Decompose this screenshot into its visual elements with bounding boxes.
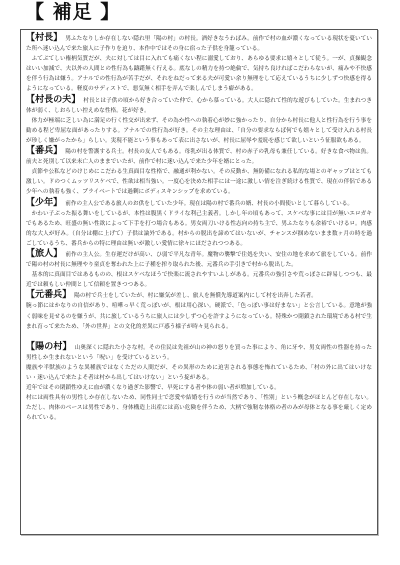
entry-village-chief-husband: 【村長の夫】村長とは子供の頃から好き合っていた仲で、心から慕っている。大人に隠れ… xyxy=(26,95,372,146)
entry-paragraph: 村には両性具有の男性しか存在しないため、同性同士で恋愛や結婚を行うのが当然であり… xyxy=(26,393,372,423)
entry-term: 【少年】 xyxy=(26,198,62,208)
entry-paragraph: かわい子ぶった振る舞いをしているが、本性は腹黒くドライな利己主義者。しかし年の頃… xyxy=(26,209,372,249)
entry-text: 男ふたなりしか存在しない隠れ里「陽の村」の村長。酒好きなうわばみ。前作で村の血が… xyxy=(26,36,372,52)
entry-paragraph: 【村長】男ふたなりしか存在しない隠れ里「陽の村」の村長。酒好きなうわばみ。前作で… xyxy=(26,33,372,54)
entry-term: 【番兵】 xyxy=(26,146,62,156)
supplement-box: 【村長】男ふたなりしか存在しない隠れ里「陽の村」の村長。酒好きなうわばみ。前作で… xyxy=(20,29,378,535)
entry-paragraph: ふてぶてしい権柄気質だが、夫に対しては目に入れても痛くない程に溺愛しており、あら… xyxy=(26,54,372,94)
entry-paragraph: 【元番兵】陽の村で兵士をしていたが、村に嫌気が差し、旅人を無償先導道案内にして村… xyxy=(26,290,372,301)
entry-term: 【村長の夫】 xyxy=(26,95,80,105)
entry-paragraph: 基本的に真面目ではあるものの、根はスケベなほうで快楽に流されやすいふしがある。元… xyxy=(26,270,372,290)
entry-term: 【陽の村】 xyxy=(26,342,72,352)
entry-term: 【元番兵】 xyxy=(26,290,71,300)
entry-text: 山奥深くに隠れた小さな村。その住民は先祖が山の神の怒りを買った事により、角に牙や… xyxy=(26,345,372,361)
entry-paragraph: 近年ではその閉鎖性ゆえに血が濃くなり過ぎた影響で、早死にする者や体の弱い者が増加… xyxy=(26,383,372,393)
entry-text: 陽の村で兵士をしていたが、村に嫌気が差し、旅人を無償先導道案内にして村を出奔した… xyxy=(74,293,317,299)
entry-boy: 【少年】前作の主人公である旅人のお供をしていた少年。現在は陽の村で番兵の婿、村長… xyxy=(26,198,372,249)
entry-paragraph: 魔族や半獣族のような異種族ではなくただの人間だが、その異形のために迫害される事態… xyxy=(26,363,372,383)
entry-text: 陽の村を警護する兵士。村長の友人でもある。母乳が出る体質で、村の赤子の乳母も兼任… xyxy=(26,149,372,165)
entry-hidden-village: 【陽の村】山奥深くに隠れた小さな村。その住民は先祖が山の神の怒りを買った事により… xyxy=(26,342,372,424)
entry-paragraph: 腕っ節にはかなりの自信があり、喧嘩っ早く荒っぽいが、根は用心深い。硬派で、「色っ… xyxy=(26,301,372,331)
section-spacer xyxy=(26,332,372,342)
entry-paragraph: 【番兵】陽の村を警護する兵士。村長の友人でもある。母乳が出る体質で、村の赤子の乳… xyxy=(26,146,372,167)
entry-paragraph: 体力が極端に乏しい為に満足の行く性交が出来ず、その為か性への執着心が妙に強かった… xyxy=(26,116,372,146)
entry-term: 【旅人】 xyxy=(26,249,62,259)
entry-traveler: 【旅人】前作の主人公。生存運だけが高い、ひ弱で平凡な青年。魔物の襲撃で住処を失い… xyxy=(26,249,372,290)
entry-guard: 【番兵】陽の村を警護する兵士。村長の友人でもある。母乳が出る体質で、村の赤子の乳… xyxy=(26,146,372,197)
entry-paragraph: 貞節や公私などのけじめにこだわる生真面目な性格で、融通が利かない。その反動か、無… xyxy=(26,167,372,197)
entry-village-chief: 【村長】男ふたなりしか存在しない隠れ里「陽の村」の村長。酒好きなうわばみ。前作で… xyxy=(26,33,372,95)
entry-paragraph: 【旅人】前作の主人公。生存運だけが高い、ひ弱で平凡な青年。魔物の襲撃で住処を失い… xyxy=(26,249,372,270)
entry-text: 前作の主人公。生存運だけが高い、ひ弱で平凡な青年。魔物の襲撃で住処を失い、安住の… xyxy=(26,252,372,268)
entry-former-guard: 【元番兵】陽の村で兵士をしていたが、村に嫌気が差し、旅人を無償先導道案内にして村… xyxy=(26,290,372,331)
entry-text: 前作の主人公である旅人のお供をしていた少年。現在は陽の村で番兵の婿、村長の小間使… xyxy=(65,201,353,207)
entry-paragraph: 【少年】前作の主人公である旅人のお供をしていた少年。現在は陽の村で番兵の婿、村長… xyxy=(26,198,372,209)
page-title: 【 補足 】 xyxy=(25,1,120,23)
entry-paragraph: 【村長の夫】村長とは子供の頃から好き合っていた仲で、心から慕っている。大人に隠れ… xyxy=(26,95,372,116)
entry-term: 【村長】 xyxy=(26,33,62,43)
entry-paragraph: 【陽の村】山奥深くに隠れた小さな村。その住民は先祖が山の神の怒りを買った事により… xyxy=(26,342,372,363)
